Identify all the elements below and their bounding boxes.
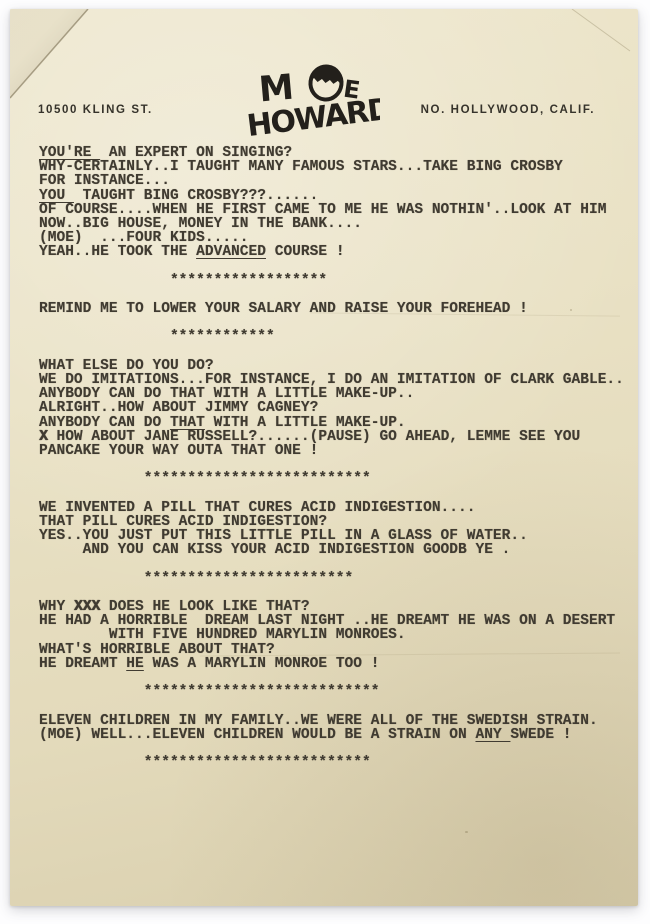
script-line: ELEVEN CHILDREN IN MY FAMILY..WE WERE AL… (39, 714, 635, 728)
screenshot-root: { "letterhead": { "address_left": "10500… (0, 0, 650, 924)
folded-corner (10, 9, 110, 109)
script-line: NOW..BIG HOUSE, MONEY IN THE BANK.... (39, 217, 635, 231)
script-line: WHY XXX DOES HE LOOK LIKE THAT? (39, 600, 635, 614)
script-line: PANCAKE YOUR WAY OUTA THAT ONE ! (39, 444, 635, 458)
script-body: YOU'RE AN EXPERT ON SINGING?WHY-CERTAINL… (39, 146, 635, 770)
separator-line: ************ (39, 330, 635, 344)
script-line (39, 586, 635, 600)
separator-line: *************************** (39, 685, 635, 699)
script-line (39, 345, 635, 359)
script-line: ANYBODY CAN DO THAT WITH A LITTLE MAKE-U… (39, 416, 635, 430)
separator-line: ************************** (39, 472, 635, 486)
letterhead-address-left: 10500 KLING ST. (38, 104, 153, 116)
moe-face-icon (309, 64, 344, 101)
script-line: HE DREAMT HE WAS A MARYLIN MONROE TOO ! (39, 657, 635, 671)
script-line: WE DO IMITATIONS...FOR INSTANCE, I DO AN… (39, 373, 635, 387)
script-line (39, 671, 635, 685)
script-line: REMIND ME TO LOWER YOUR SALARY AND RAISE… (39, 302, 635, 316)
script-line: FOR INSTANCE... (39, 174, 635, 188)
script-line (39, 699, 635, 713)
script-line: THAT PILL CURES ACID INDIGESTION? (39, 515, 635, 529)
script-line: ANYBODY CAN DO THAT WITH A LITTLE MAKE-U… (39, 387, 635, 401)
corner-crease (550, 9, 638, 61)
script-line: WHAT ELSE DO YOU DO? (39, 359, 635, 373)
script-line: WITH FIVE HUNDRED MARYLIN MONROES. (39, 628, 635, 642)
script-line: YEAH..HE TOOK THE ADVANCED COURSE ! (39, 245, 635, 259)
script-line: WHAT'S HORRIBLE ABOUT THAT? (39, 643, 635, 657)
script-line: HE HAD A HORRIBLE DREAM LAST NIGHT ..HE … (39, 614, 635, 628)
script-line: WHY-CERTAINLY..I TAUGHT MANY FAMOUS STAR… (39, 160, 635, 174)
separator-line: ****************** (39, 274, 635, 288)
script-line (39, 742, 635, 756)
script-line (39, 557, 635, 571)
script-line: YOU'RE AN EXPERT ON SINGING? (39, 146, 635, 160)
script-line: AND YOU CAN KISS YOUR ACID INDIGESTION G… (39, 543, 635, 557)
paper-sheet: 10500 KLING ST. NO. HOLLYWOOD, CALIF. M … (10, 9, 638, 906)
letterhead-address-right: NO. HOLLYWOOD, CALIF. (421, 104, 595, 116)
script-line: WE INVENTED A PILL THAT CURES ACID INDIG… (39, 501, 635, 515)
moe-howard-logo: M E HOWARD (246, 59, 380, 145)
script-line (39, 487, 635, 501)
script-line (39, 288, 635, 302)
script-line: ALRIGHT..HOW ABOUT JIMMY CAGNEY? (39, 401, 635, 415)
script-line: OF COURSE....WHEN HE FIRST CAME TO ME HE… (39, 203, 635, 217)
script-line: YOU TAUGHT BING CROSBY???...... (39, 189, 635, 203)
paper-speck (465, 831, 468, 833)
script-line (39, 260, 635, 274)
separator-line: ************************ (39, 572, 635, 586)
script-line: X HOW ABOUT JANE RUSSELL?......(PAUSE) G… (39, 430, 635, 444)
script-line: (MOE) WELL...ELEVEN CHILDREN WOULD BE A … (39, 728, 635, 742)
separator-line: ************************** (39, 756, 635, 770)
script-line: (MOE) ...FOUR KIDS..... (39, 231, 635, 245)
script-line: YES..YOU JUST PUT THIS LITTLE PILL IN A … (39, 529, 635, 543)
